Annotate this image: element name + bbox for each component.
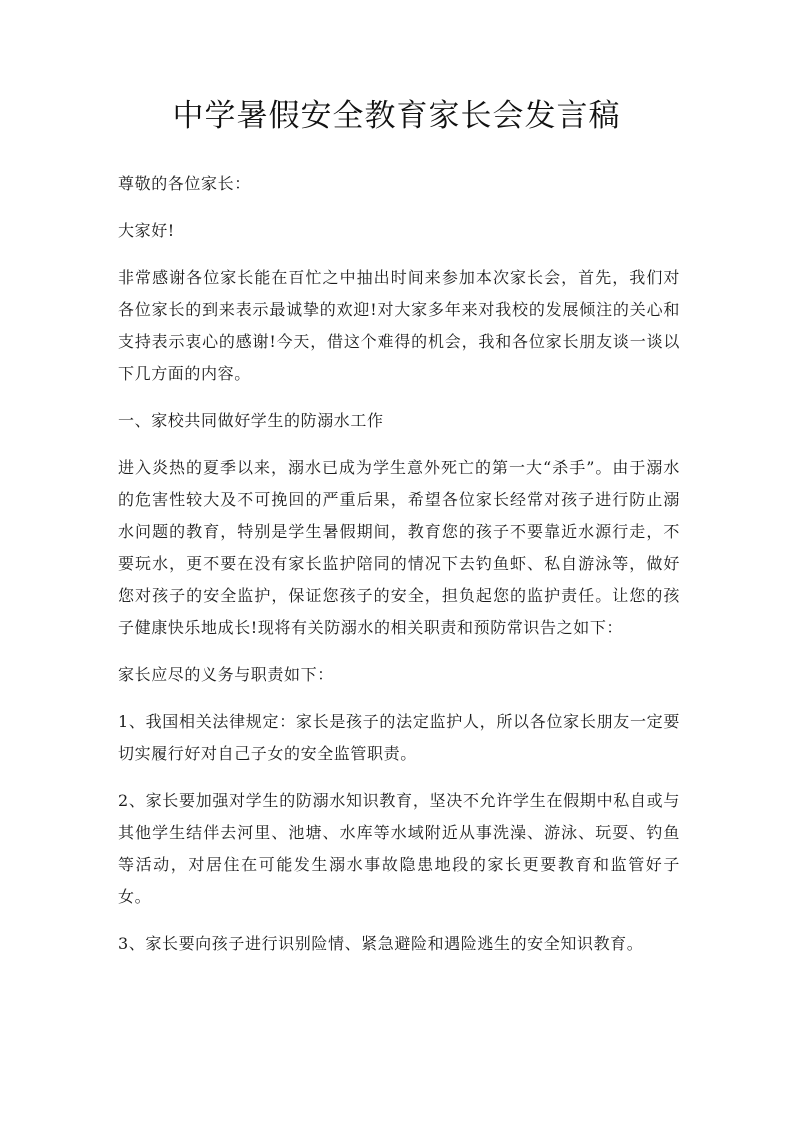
drowning-paragraph: 进入炎热的夏季以来，溺水已成为学生意外死亡的第一大“杀手”。由于溺水的危害性较大… (118, 452, 680, 644)
document-title: 中学暑假安全教育家长会发言稿 (0, 94, 793, 138)
document-page: 中学暑假安全教育家长会发言稿 尊敬的各位家长： 大家好! 非常感谢各位家长能在百… (0, 0, 793, 1122)
section-heading-1: 一、家校共同做好学生的防溺水工作 (118, 405, 680, 437)
duty-item-3: 3、家长要向孩子进行识别险情、紧急避险和遇险逃生的安全知识教育。 (118, 928, 680, 960)
document-body: 尊敬的各位家长： 大家好! 非常感谢各位家长能在百忙之中抽出时间来参加本次家长会… (118, 168, 680, 975)
intro-paragraph: 非常感谢各位家长能在百忙之中抽出时间来参加本次家长会，首先，我们对各位家长的到来… (118, 262, 680, 390)
duty-item-2: 2、家长要加强对学生的防溺水知识教育，坚决不允许学生在假期中私自或与其他学生结伴… (118, 785, 680, 913)
salutation: 尊敬的各位家长： (118, 168, 680, 200)
duty-item-1: 1、我国相关法律规定：家长是孩子的法定监护人，所以各位家长朋友一定要切实履行好对… (118, 706, 680, 770)
duties-heading: 家长应尽的义务与职责如下： (118, 659, 680, 691)
greeting: 大家好! (118, 215, 680, 247)
